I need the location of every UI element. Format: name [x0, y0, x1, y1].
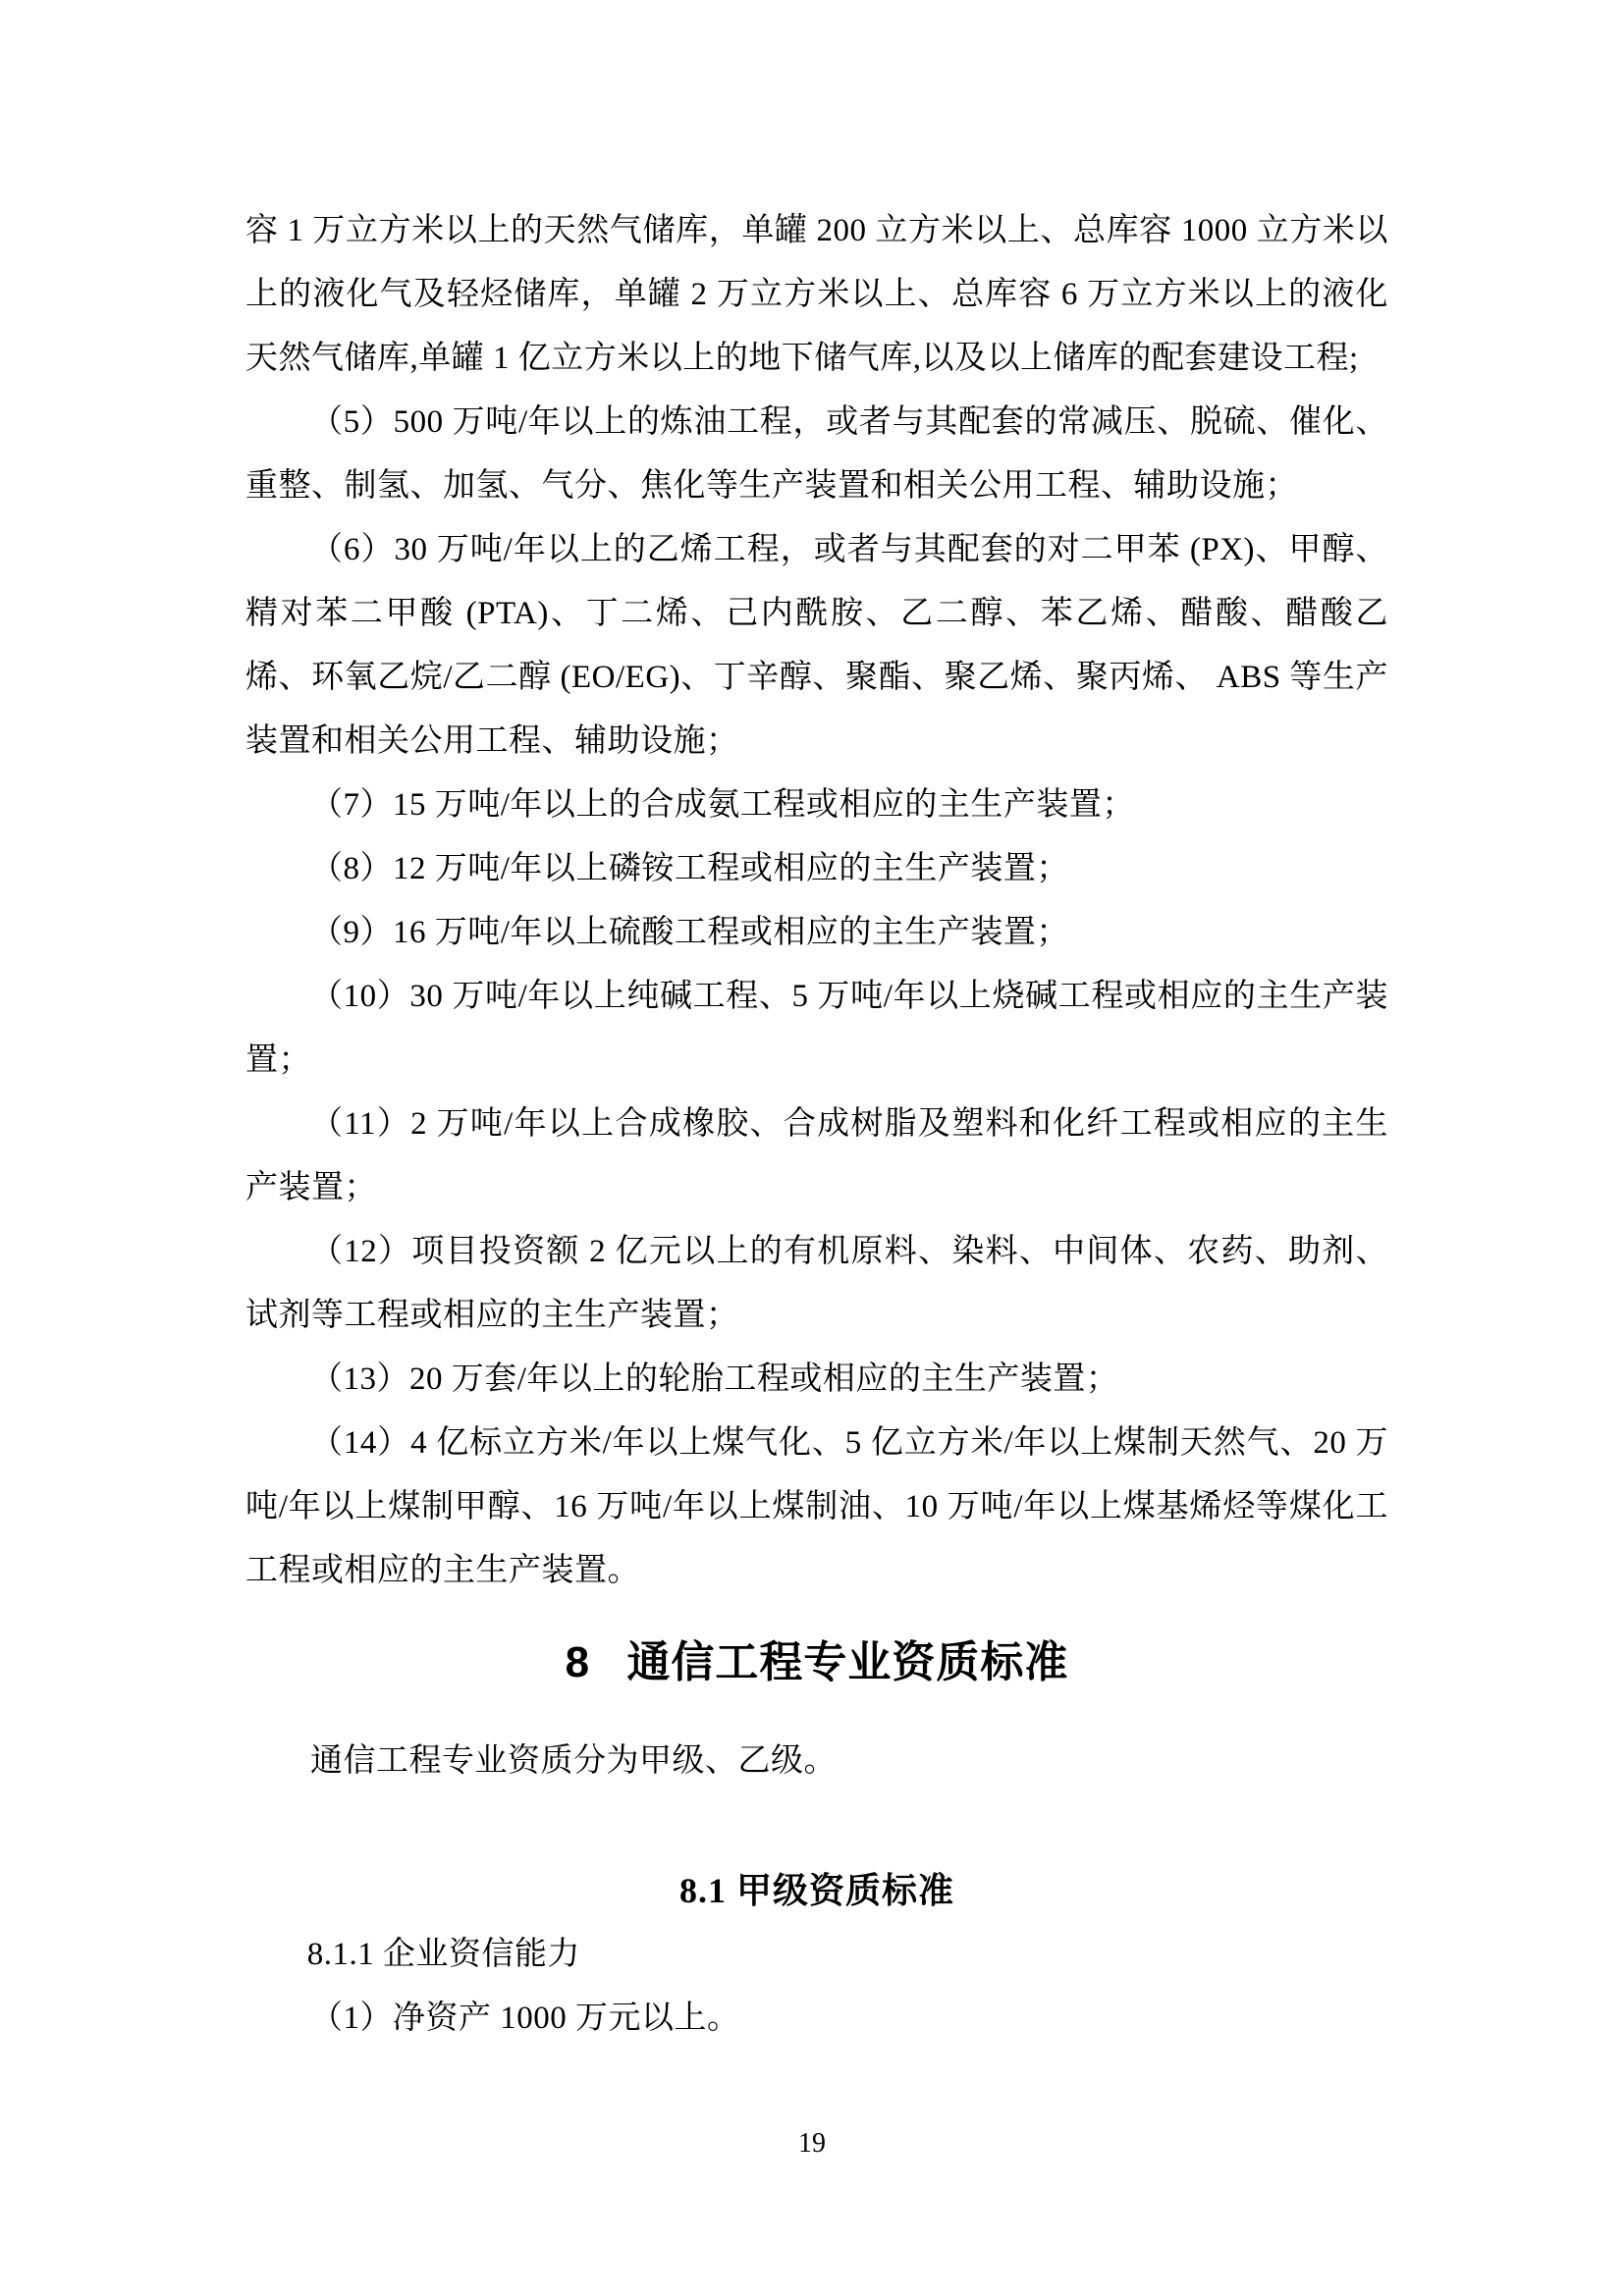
document-page: 容 1 万立方米以上的天然气储库，单罐 200 立方米以上、总库容 1000 立…: [0, 0, 1624, 2296]
page-content: 容 1 万立方米以上的天然气储库，单罐 200 立方米以上、总库容 1000 立…: [245, 199, 1388, 2051]
section-heading: 8.1 甲级资质标准: [245, 1859, 1388, 1923]
chapter-title: 通信工程专业资质标准: [626, 1638, 1068, 1686]
paragraph: （14）4 亿标立方米/年以上煤气化、5 亿立方米/年以上煤制天然气、20 万吨…: [245, 1412, 1388, 1603]
paragraph: （6）30 万吨/年以上的乙烯工程，或者与其配套的对二甲苯 (PX)、甲醇、精对…: [245, 518, 1388, 774]
paragraph: （7）15 万吨/年以上的合成氨工程或相应的主生产装置；: [245, 774, 1388, 837]
paragraph: （9）16 万吨/年以上硫酸工程或相应的主生产装置；: [245, 901, 1388, 965]
body-paragraphs: 容 1 万立方米以上的天然气储库，单罐 200 立方米以上、总库容 1000 立…: [245, 199, 1388, 1603]
subsection-heading: 8.1.1 企业资信能力: [245, 1923, 1388, 1987]
paragraph: （8）12 万吨/年以上磷铵工程或相应的主生产装置；: [245, 837, 1388, 901]
paragraph: （10）30 万吨/年以上纯碱工程、5 万吨/年以上烧碱工程或相应的主生产装置；: [245, 965, 1388, 1093]
chapter-heading: 8通信工程专业资质标准: [245, 1629, 1388, 1697]
chapter-intro-paragraph: 通信工程专业资质分为甲级、乙级。: [245, 1730, 1388, 1793]
subsection-item-paragraph: （1）净资产 1000 万元以上。: [245, 1987, 1388, 2051]
paragraph: （12）项目投资额 2 亿元以上的有机原料、染料、中间体、农药、助剂、试剂等工程…: [245, 1220, 1388, 1348]
paragraph: （11）2 万吨/年以上合成橡胶、合成树脂及塑料和化纤工程或相应的主生产装置；: [245, 1093, 1388, 1220]
paragraph: （13）20 万套/年以上的轮胎工程或相应的主生产装置；: [245, 1348, 1388, 1412]
paragraph: （5）500 万吨/年以上的炼油工程，或者与其配套的常减压、脱硫、催化、重整、制…: [245, 391, 1388, 518]
chapter-number: 8: [566, 1638, 590, 1686]
paragraph: 容 1 万立方米以上的天然气储库，单罐 200 立方米以上、总库容 1000 立…: [245, 199, 1388, 391]
page-number: 19: [0, 2128, 1624, 2160]
